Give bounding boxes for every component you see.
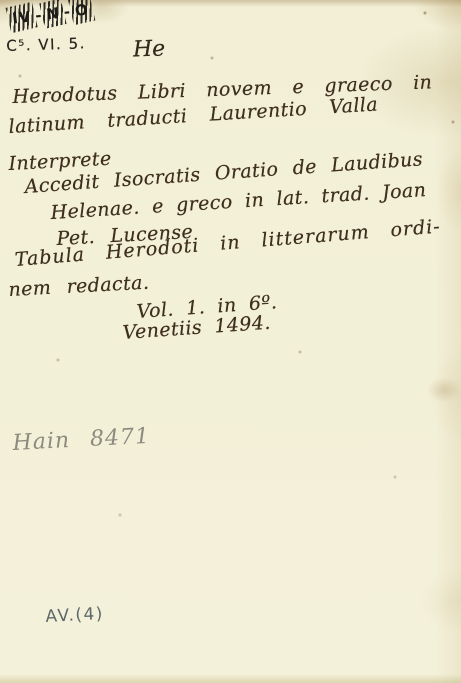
entry-line-8: nem redacta. <box>8 272 150 301</box>
hain-reference: Hain 8471 <box>12 424 151 456</box>
entry-line-7: Tabula Herodoti in litterarum ordi- <box>14 215 441 270</box>
hatch-group: O <box>72 0 92 21</box>
cancelled-shelfmark: IV-N-O <box>9 0 92 29</box>
catalog-card: IV-N-O C⁵. VI. 5. He Herodotus Libri nov… <box>0 0 461 683</box>
hatch-group: IV <box>9 6 34 29</box>
bottom-annotation: AV.(4) <box>45 604 104 627</box>
shelfmark: C⁵. VI. 5. <box>6 34 86 55</box>
hatch-group: N <box>43 3 63 25</box>
heading-letters: He <box>133 36 166 62</box>
